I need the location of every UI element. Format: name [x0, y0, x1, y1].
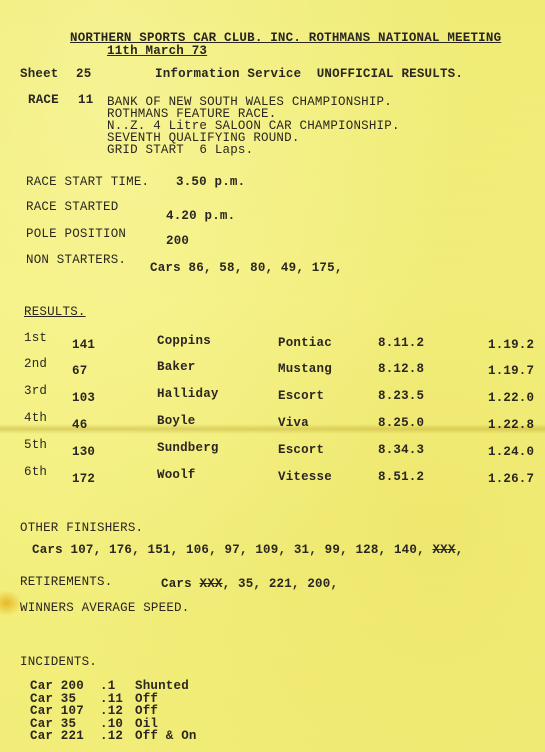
result-driver: Baker [157, 360, 196, 374]
incidents-heading: INCIDENTS. [20, 655, 97, 669]
race-number: 11 [78, 93, 93, 107]
incident-car: Car 221 [30, 729, 84, 743]
result-driver: Halliday [157, 387, 219, 401]
other-finishers-heading: OTHER FINISHERS. [20, 521, 143, 535]
struck-entry: XXX [200, 577, 223, 591]
result-lap: 1.22.0 [488, 391, 534, 405]
result-time: 8.11.2 [378, 336, 424, 350]
result-car: 67 [72, 364, 87, 378]
result-driver: Sundberg [157, 441, 219, 455]
result-lap: 1.22.8 [488, 418, 534, 432]
meeting-date: 11th March 73 [107, 44, 207, 58]
other-finishers-text: Cars 107, 176, 151, 106, 97, 109, 31, 99… [32, 543, 425, 557]
pole-label: POLE POSITION [26, 227, 126, 241]
incident-lap: .12 [100, 729, 123, 743]
sheet-number: 25 [76, 67, 91, 81]
result-car: 141 [72, 338, 95, 352]
sheet-label: Sheet [20, 67, 59, 81]
result-make: Escort [278, 443, 324, 457]
retirements-heading: RETIREMENTS. [20, 575, 112, 589]
result-make: Vitesse [278, 470, 332, 484]
result-time: 8.51.2 [378, 470, 424, 484]
result-driver: Boyle [157, 414, 196, 428]
start-time-value: 3.50 p.m. [176, 175, 245, 189]
result-pos: 5th [24, 438, 47, 452]
race-started-label: RACE STARTED [26, 200, 118, 214]
result-lap: 1.19.2 [488, 338, 534, 352]
non-starters-value: Cars 86, 58, 80, 49, 175, [150, 261, 343, 275]
race-label: RACE [28, 93, 59, 107]
result-time: 8.25.0 [378, 416, 424, 430]
result-lap: 1.26.7 [488, 472, 534, 486]
result-pos: 4th [24, 411, 47, 425]
result-car: 103 [72, 391, 95, 405]
result-car: 130 [72, 445, 95, 459]
race-line: GRID START 6 Laps. [107, 143, 253, 157]
result-time: 8.34.3 [378, 443, 424, 457]
result-pos: 2nd [24, 357, 47, 371]
struck-entry: XXX [432, 543, 455, 557]
result-time: 8.12.8 [378, 362, 424, 376]
start-time-label: RACE START TIME. [26, 175, 149, 189]
paper-stain [0, 590, 22, 616]
non-starters-label: NON STARTERS. [26, 253, 126, 267]
result-driver: Woolf [157, 468, 196, 482]
result-lap: 1.19.7 [488, 364, 534, 378]
retirements-prefix: Cars [161, 577, 192, 591]
pole-value: 200 [166, 234, 189, 248]
retirements-list: Cars XXX, 35, 221, 200, [161, 577, 338, 591]
club-title: NORTHERN SPORTS CAR CLUB. INC. ROTHMANS … [70, 31, 501, 45]
result-make: Pontiac [278, 336, 332, 350]
result-make: Viva [278, 416, 309, 430]
race-started-value: 4.20 p.m. [166, 209, 235, 223]
result-car: 46 [72, 418, 87, 432]
result-pos: 1st [24, 331, 47, 345]
result-car: 172 [72, 472, 95, 486]
result-pos: 3rd [24, 384, 47, 398]
other-finishers-list: Cars 107, 176, 151, 106, 97, 109, 31, 99… [32, 543, 463, 557]
result-make: Mustang [278, 362, 332, 376]
result-pos: 6th [24, 465, 47, 479]
result-lap: 1.24.0 [488, 445, 534, 459]
results-heading: RESULTS. [24, 305, 86, 319]
retirements-text: , 35, 221, 200, [223, 577, 339, 591]
result-make: Escort [278, 389, 324, 403]
incident-note: Off & On [135, 729, 197, 743]
result-time: 8.23.5 [378, 389, 424, 403]
result-driver: Coppins [157, 334, 211, 348]
winners-speed-heading: WINNERS AVERAGE SPEED. [20, 601, 189, 615]
service-title: Information Service UNOFFICIAL RESULTS. [155, 67, 463, 81]
